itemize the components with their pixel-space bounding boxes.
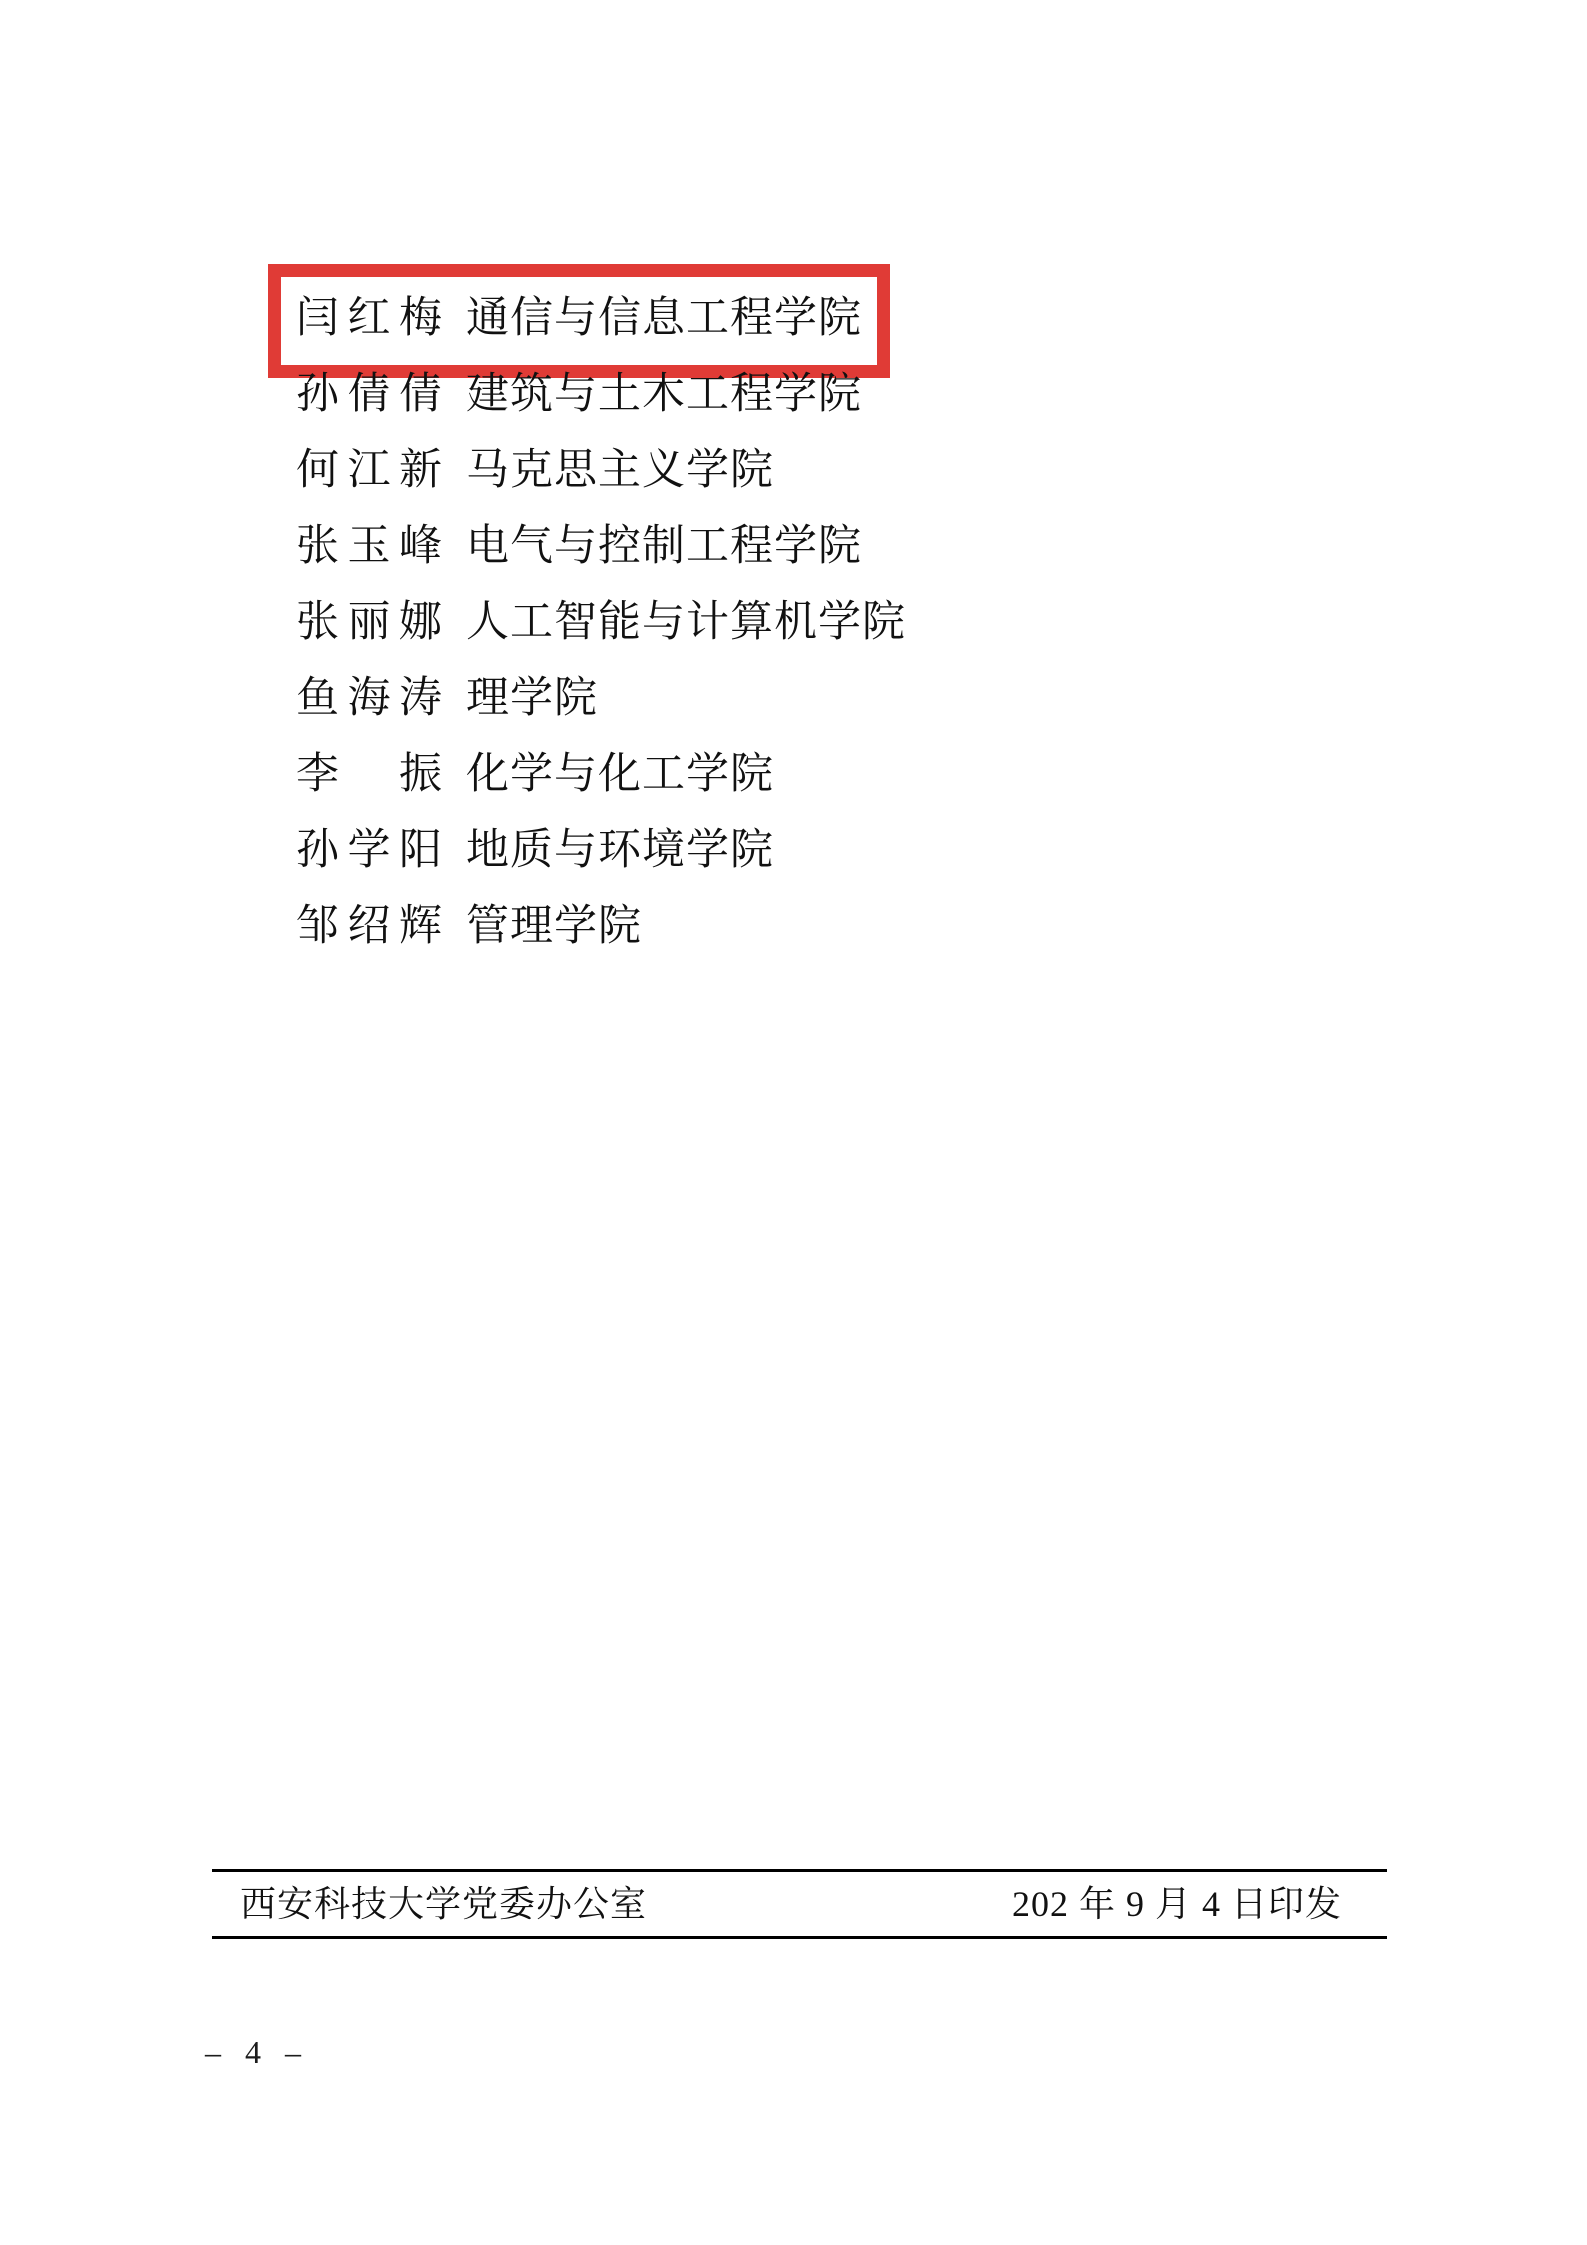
page-number: – 4 – (205, 2036, 309, 2068)
member-college: 通信与信息工程学院 (466, 297, 862, 340)
roster-row: 孙倩倩建筑与土木工程学院 (296, 356, 906, 432)
roster-row: 邹绍辉管理学院 (296, 888, 906, 964)
roster-row: 张玉峰电气与控制工程学院 (296, 508, 906, 584)
member-name: 鱼海涛 (296, 677, 442, 720)
member-name: 孙倩倩 (296, 373, 442, 416)
roster-row: 何江新马克思主义学院 (296, 432, 906, 508)
member-college: 理学院 (466, 677, 598, 720)
member-name: 张玉峰 (296, 525, 442, 568)
roster-row: 张丽娜人工智能与计算机学院 (296, 584, 906, 660)
footer-print-date: 202 年 9 月 4 日印发 (1012, 1886, 1342, 1922)
member-college: 电气与控制工程学院 (466, 525, 862, 568)
member-college: 人工智能与计算机学院 (466, 601, 906, 644)
footer-issuer: 西安科技大学党委办公室 (240, 1886, 647, 1922)
document-page: 闫红梅通信与信息工程学院孙倩倩建筑与土木工程学院何江新马克思主义学院张玉峰电气与… (0, 0, 1587, 2245)
member-name: 邹绍辉 (296, 905, 442, 948)
member-college: 化学与化工学院 (466, 753, 774, 796)
roster-list: 闫红梅通信与信息工程学院孙倩倩建筑与土木工程学院何江新马克思主义学院张玉峰电气与… (296, 280, 906, 964)
member-name: 张丽娜 (296, 601, 442, 644)
member-name: 闫红梅 (296, 297, 442, 340)
member-name: 何江新 (296, 449, 442, 492)
roster-row: 孙学阳地质与环境学院 (296, 812, 906, 888)
member-college: 地质与环境学院 (466, 829, 774, 872)
member-name: 李振 (296, 753, 442, 796)
roster-row-highlighted: 闫红梅通信与信息工程学院 (296, 280, 906, 356)
member-college: 马克思主义学院 (466, 449, 774, 492)
footer-bottom-rule (212, 1936, 1387, 1939)
member-college: 建筑与土木工程学院 (466, 373, 862, 416)
roster-row: 鱼海涛理学院 (296, 660, 906, 736)
member-name: 孙学阳 (296, 829, 442, 872)
member-college: 管理学院 (466, 905, 642, 948)
footer-row: 西安科技大学党委办公室 202 年 9 月 4 日印发 (212, 1872, 1387, 1936)
roster-row: 李振化学与化工学院 (296, 736, 906, 812)
